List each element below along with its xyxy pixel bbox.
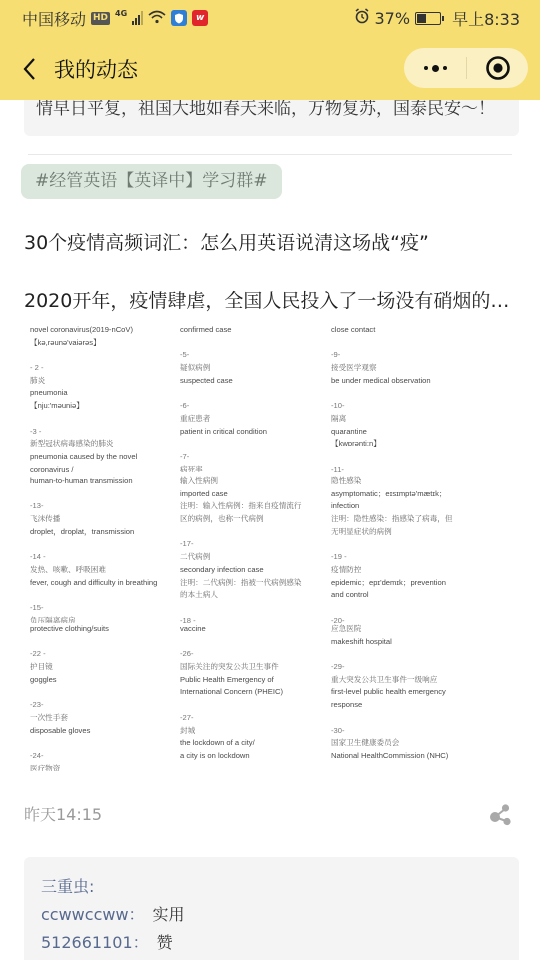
grid-image-1[interactable]: novel coronavirus(2019-nCoV)【kə,rəunə'va… <box>30 324 182 472</box>
grid-image-text-line: 【kə,rəunə'vaiərəs】 <box>30 337 182 350</box>
comment-row: 512661101：赞 <box>41 929 502 957</box>
grid-image-text-line <box>30 686 182 699</box>
grid-image-text-line: 区的病例，也称一代病例 <box>180 513 332 526</box>
grid-image-3[interactable]: close contact-9-接受医学观察be under medical o… <box>331 324 516 472</box>
grid-image-text-line: 病死率 <box>180 464 332 472</box>
mini-program-capsule <box>404 48 528 88</box>
grid-image-text-line: 输入性病例 <box>180 475 332 488</box>
grid-image-text-line: protective clothing/suits <box>30 623 182 636</box>
post-image-grid[interactable]: novel coronavirus(2019-nCoV)【kə,rəunə'va… <box>24 320 520 772</box>
grid-image-5[interactable]: 输入性病例imported case注明：输入性病例：指来自疫情流行区的病例，也… <box>180 475 332 623</box>
grid-image-text-line: -5- <box>180 349 332 362</box>
close-miniprogram-button[interactable] <box>467 48 528 88</box>
comment-text: 实用 <box>153 905 185 924</box>
back-button[interactable] <box>14 54 44 84</box>
grid-image-text-line: 国家卫生健康委员会 <box>331 737 516 750</box>
grid-image-text-line: a city is on lockdown <box>180 750 332 763</box>
grid-image-text-line: and control <box>331 589 516 602</box>
grid-image-text-line: human-to-human transmission <box>30 475 182 488</box>
grid-image-text-line: 发热、咳嗽、呼吸困难 <box>30 564 182 577</box>
share-icon <box>484 800 516 828</box>
grid-image-text-line: 疑似病例 <box>180 362 332 375</box>
grid-image-text-line: 隐性感染 <box>331 475 516 488</box>
w-app-icon: w <box>192 10 208 26</box>
grid-image-9[interactable]: 应急医院makeshift hospital-29-重大突发公共卫生事件一级响应… <box>331 623 516 771</box>
grid-image-text-line: -13- <box>30 500 182 513</box>
shield-app-icon <box>171 10 187 26</box>
grid-image-2[interactable]: confirmed case-5-疑似病例suspected case-6-重症… <box>180 324 332 472</box>
grid-image-text-line <box>180 636 332 649</box>
grid-image-text-line: -30- <box>331 725 516 738</box>
grid-image-text-line: imported case <box>180 488 332 501</box>
grid-image-text-line: -15- <box>30 602 182 615</box>
comment-row: 三重虫: <box>41 873 502 901</box>
grid-image-text-line: quarantine <box>331 426 516 439</box>
grid-image-text-line: -22 - <box>30 648 182 661</box>
grid-image-text-line <box>30 636 182 649</box>
grid-image-text-line: 注明：隐性感染：指感染了病毒，但 <box>331 513 516 526</box>
grid-image-text-line: be under medical observation <box>331 375 516 388</box>
comment-text: 赞 <box>157 933 173 952</box>
grid-image-text-line: 的本土病人 <box>180 589 332 602</box>
clock: 早上8:33 <box>452 7 520 30</box>
grid-image-text-line: infection <box>331 500 516 513</box>
grid-image-text-line <box>331 712 516 725</box>
grid-image-text-line: novel coronavirus(2019-nCoV) <box>30 324 182 337</box>
grid-image-6[interactable]: 隐性感染asymptomatic；eɪsɪmptə'mætɪk；infectio… <box>331 475 516 623</box>
grid-image-text-line: response <box>331 699 516 712</box>
grid-image-text-line: 封城 <box>180 725 332 738</box>
grid-image-7[interactable]: protective clothing/suits-22 -护目镜goggles… <box>30 623 182 771</box>
grid-image-text-line: 肺炎 <box>30 375 182 388</box>
grid-image-text-line: goggles <box>30 674 182 687</box>
grid-image-text-line: confirmed case <box>180 324 332 337</box>
grid-image-text-line: -9- <box>331 349 516 362</box>
grid-image-text-line: patient in critical condition <box>180 426 332 439</box>
grid-image-text-line: -10- <box>331 400 516 413</box>
grid-image-text-line: the lockdown of a city/ <box>180 737 332 750</box>
wifi-icon <box>148 9 166 28</box>
grid-image-text-line: 注明：输入性病例：指来自疫情流行 <box>180 500 332 513</box>
grid-image-text-line: 【nju:'məuniə】 <box>30 400 182 413</box>
grid-image-text-line: -11- <box>331 464 516 472</box>
battery-icon <box>415 12 441 25</box>
share-button[interactable] <box>484 800 516 828</box>
grid-image-text-line <box>30 488 182 501</box>
grid-image-text-line: 二代病例 <box>180 551 332 564</box>
page-title: 我的动态 <box>54 54 138 84</box>
grid-image-text-line: -24- <box>30 750 182 763</box>
comment-row: ccwwccww：实用 <box>41 901 502 929</box>
grid-image-text-line: 重大突发公共卫生事件一级响应 <box>331 674 516 687</box>
comment-author[interactable]: 三重虫: <box>41 877 94 896</box>
grid-image-text-line: disposable gloves <box>30 725 182 738</box>
grid-image-text-line <box>180 438 332 451</box>
grid-image-text-line: 负压隔离病房 <box>30 615 182 623</box>
grid-image-text-line: first-level public health emergency <box>331 686 516 699</box>
grid-image-text-line: suspected case <box>180 375 332 388</box>
carrier-label: 中国移动 <box>22 7 86 30</box>
post-divider <box>28 154 512 155</box>
grid-image-text-line: 无明显症状的病例 <box>331 526 516 539</box>
grid-image-text-line: pneumonia <box>30 387 182 400</box>
grid-image-text-line: 应急医院 <box>331 623 516 636</box>
grid-image-text-line: -29- <box>331 661 516 674</box>
comments-box: 三重虫: ccwwccww：实用 512661101：赞 <box>24 857 519 960</box>
grid-image-text-line: pneumonia caused by the novel <box>30 451 182 464</box>
grid-image-text-line: close contact <box>331 324 516 337</box>
grid-image-text-line: -14 - <box>30 551 182 564</box>
grid-image-text-line <box>30 737 182 750</box>
grid-image-text-line: -18 - <box>180 615 332 623</box>
grid-image-text-line <box>30 589 182 602</box>
grid-image-text-line: 重症患者 <box>180 413 332 426</box>
grid-image-text-line <box>180 337 332 350</box>
header: 中国移动 HD 4G w 37% 早上8:33 我的动态 <box>0 0 540 100</box>
grid-image-text-line <box>331 451 516 464</box>
grid-image-text-line <box>30 413 182 426</box>
grid-image-text-line: epidemic；epɪ'demɪk；prevention <box>331 577 516 590</box>
grid-image-text-line: 医疗物资 <box>30 763 182 771</box>
grid-image-text-line: -17- <box>180 538 332 551</box>
grid-image-text-line: -19 - <box>331 551 516 564</box>
hd-icon: HD <box>91 12 110 25</box>
grid-image-text-line: vaccine <box>180 623 332 636</box>
grid-image-text-line: asymptomatic；eɪsɪmptə'mætɪk； <box>331 488 516 501</box>
comment-author[interactable]: 512661101： <box>41 933 149 952</box>
post-title[interactable]: 30个疫情高频词汇：怎么用英语说清这场战“疫” <box>24 228 429 255</box>
post-timestamp: 昨天14:15 <box>24 802 102 825</box>
target-close-icon <box>485 55 511 81</box>
grid-image-text-line: -20- <box>331 615 516 623</box>
grid-image-text-line: International Concern (PHEIC) <box>180 686 332 699</box>
grid-image-text-line <box>331 337 516 350</box>
status-bar: 中国移动 HD 4G w 37% 早上8:33 <box>0 0 540 36</box>
grid-image-text-line <box>180 387 332 400</box>
grid-image-text-line: -6- <box>180 400 332 413</box>
grid-image-text-line <box>180 602 332 615</box>
grid-image-text-line: 护目镜 <box>30 661 182 674</box>
grid-image-text-line: Public Health Emergency of <box>180 674 332 687</box>
grid-image-4[interactable]: human-to-human transmission-13-飞沫传播dropl… <box>30 475 182 623</box>
grid-image-text-line: 隔离 <box>331 413 516 426</box>
grid-image-text-line: 新型冠状病毒感染的肺炎 <box>30 438 182 451</box>
more-button[interactable] <box>404 48 466 88</box>
nav-bar: 我的动态 <box>0 38 540 100</box>
grid-image-text-line <box>180 699 332 712</box>
grid-image-8[interactable]: vaccine-26-国际关注的突发公共卫生事件Public Health Em… <box>180 623 332 771</box>
grid-image-text-line: fever, cough and difficulty in breathing <box>30 577 182 590</box>
grid-image-text-line <box>331 763 516 771</box>
grid-image-text-line: - 2 - <box>30 362 182 375</box>
grid-image-text-line <box>331 648 516 661</box>
grid-image-text-line: -26- <box>180 648 332 661</box>
network-type-label: 4G <box>115 9 127 18</box>
grid-image-text-line: coronavirus / <box>30 464 182 472</box>
grid-image-text-line: 疫情防控 <box>331 564 516 577</box>
grid-image-text-line: -27- <box>180 712 332 725</box>
grid-image-text-line: makeshift hospital <box>331 636 516 649</box>
grid-image-text-line <box>331 538 516 551</box>
grid-image-text-line <box>180 763 332 771</box>
grid-image-text-line <box>180 526 332 539</box>
grid-image-text-line: 接受医学观察 <box>331 362 516 375</box>
grid-image-text-line: -7- <box>180 451 332 464</box>
grid-image-text-line <box>331 387 516 400</box>
grid-image-text-line <box>331 602 516 615</box>
grid-image-text-line: National HealthCommission (NHC) <box>331 750 516 763</box>
grid-image-text-line: secondary infection case <box>180 564 332 577</box>
grid-image-text-line: -3 - <box>30 426 182 439</box>
topic-tag[interactable]: #经管英语【英译中】学习群# <box>21 164 282 199</box>
grid-image-text-line <box>30 538 182 551</box>
grid-image-text-line: 【kwɒrənti:n】 <box>331 438 516 451</box>
post-summary[interactable]: 2020开年，疫情肆虐，全国人民投入了一场没有硝烟的… <box>24 286 509 313</box>
grid-image-text-line: 注明：二代病例：指被一代病例感染 <box>180 577 332 590</box>
chevron-left-icon <box>22 57 36 81</box>
grid-image-text-line: droplet，droplat，transmission <box>30 526 182 539</box>
battery-percent: 37% <box>375 9 411 28</box>
grid-image-text-line <box>30 349 182 362</box>
grid-image-text-line: 飞沫传播 <box>30 513 182 526</box>
alarm-icon <box>354 8 370 28</box>
grid-image-text-line: 国际关注的突发公共卫生事件 <box>180 661 332 674</box>
signal-icon <box>132 11 143 25</box>
feed-content: 情早日平复，祖国大地如春天来临，万物复苏，国泰民安～！ #经管英语【英译中】学习… <box>0 100 540 960</box>
grid-image-text-line: 一次性手套 <box>30 712 182 725</box>
comment-author[interactable]: ccwwccww： <box>41 905 145 924</box>
grid-image-text-line: -23- <box>30 699 182 712</box>
